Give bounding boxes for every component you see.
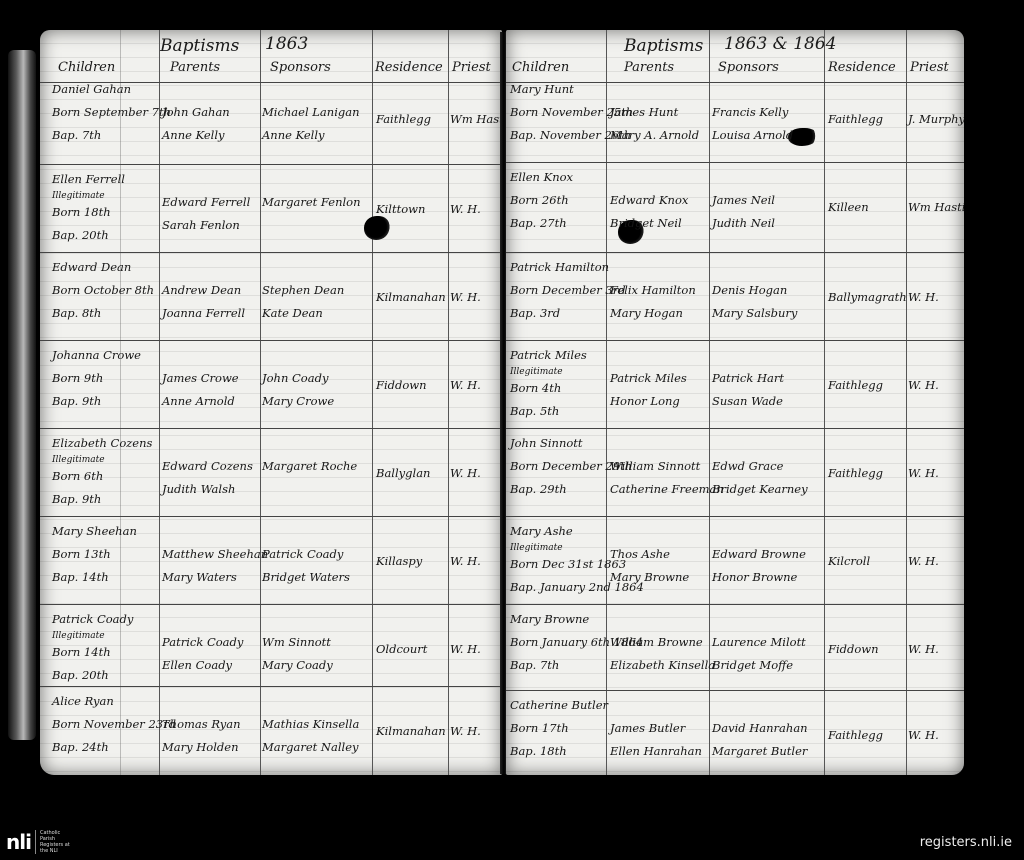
entry-parents: Andrew DeanJoanna Ferrell — [162, 256, 245, 325]
col-header-residence: Residence — [375, 60, 443, 75]
entry-sponsors: Edward BrowneHonor Browne — [712, 520, 806, 589]
nli-logo: nli Catholic Parish Registers at the NLI — [6, 830, 74, 854]
entry-child: Ellen KnoxBorn 26thBap. 27th — [510, 166, 573, 235]
entry-child: Catherine ButlerBorn 17thBap. 18th — [510, 694, 608, 763]
entry-residence: Faithlegg — [828, 694, 883, 747]
entry-parents: Patrick MilesHonor Long — [610, 344, 687, 413]
col-header-priest: Priest — [452, 60, 491, 75]
entry-sponsors: Edwd GraceBridget Kearney — [712, 432, 808, 501]
col-header-residence: Residence — [828, 60, 896, 75]
entry-residence: Faithlegg — [828, 432, 883, 485]
entry-sponsors: John CoadyMary Crowe — [262, 344, 334, 413]
entry-residence: Fiddown — [376, 344, 427, 397]
page-title-word: Baptisms — [624, 36, 703, 56]
col-header-children: Children — [512, 60, 569, 75]
entry-residence: Ballymagrath — [828, 256, 907, 309]
entry-parents: Edward FerrellSarah Fenlon — [162, 168, 250, 237]
entry-priest: J. Murphy — [908, 78, 964, 131]
entry-parents: Patrick CoadyEllen Coady — [162, 608, 243, 677]
entry-residence: Faithlegg — [376, 78, 431, 131]
entry-priest: W. H. — [908, 520, 939, 573]
entry-residence: Kilmanahan — [376, 256, 446, 309]
col-header-parents: Parents — [624, 60, 674, 75]
entry-sponsors: Francis KellyLouisa Arnold — [712, 78, 793, 147]
entry-child: Patrick HamiltonBorn December 3rdBap. 3r… — [510, 256, 626, 325]
entry-sponsors: Patrick CoadyBridget Waters — [262, 520, 350, 589]
entry-priest: W. H. — [908, 694, 939, 747]
entry-sponsors: Michael LaniganAnne Kelly — [262, 78, 360, 147]
entry-residence: Faithlegg — [828, 344, 883, 397]
entry-residence: Killeen — [828, 166, 869, 219]
entry-sponsors: Laurence MilottBridget Moffe — [712, 608, 806, 677]
left-register-page: Baptisms 1863 Children Parents Sponsors … — [40, 30, 502, 775]
entry-priest: W. H. — [908, 432, 939, 485]
entry-parents: James ButlerEllen Hanrahan — [610, 694, 702, 763]
entry-priest: W. H. — [450, 432, 481, 485]
col-header-sponsors: Sponsors — [718, 60, 779, 75]
col-header-children: Children — [58, 60, 115, 75]
entry-residence: Kilttown — [376, 168, 425, 221]
page-title-word: Baptisms — [160, 36, 239, 56]
entry-sponsors: Margaret Roche — [262, 432, 357, 501]
entry-child: Johanna CroweBorn 9thBap. 9th — [52, 344, 141, 413]
entry-residence: Kilmanahan — [376, 690, 446, 743]
entry-residence: Killaspy — [376, 520, 422, 573]
entry-priest: W. H. — [450, 256, 481, 309]
entry-sponsors: Stephen DeanKate Dean — [262, 256, 344, 325]
book-spine-edge — [8, 50, 36, 740]
entry-parents: Felix HamiltonMary Hogan — [610, 256, 696, 325]
entry-child: Edward DeanBorn October 8thBap. 8th — [52, 256, 154, 325]
entry-residence: Ballyglan — [376, 432, 430, 485]
entry-priest: Wm Hastin — [908, 166, 964, 219]
entry-child: Patrick CoadyIllegitimateBorn 14thBap. 2… — [52, 608, 133, 687]
entry-parents: Thomas RyanMary Holden — [162, 690, 241, 759]
entry-sponsors: David HanrahanMargaret Butler — [712, 694, 808, 763]
entry-priest: W. H. — [450, 168, 481, 221]
entry-sponsors: Patrick HartSusan Wade — [712, 344, 784, 413]
entry-child: Ellen FerrellIllegitimateBorn 18thBap. 2… — [52, 168, 125, 247]
entry-sponsors: Margaret Fenlon — [262, 168, 361, 237]
entry-priest: W. H. — [450, 344, 481, 397]
entry-child: Patrick MilesIllegitimateBorn 4thBap. 5t… — [510, 344, 587, 423]
source-url[interactable]: registers.nli.ie — [920, 835, 1012, 850]
entry-child: Alice RyanBorn November 23rdBap. 24th — [52, 690, 176, 759]
entry-residence: Oldcourt — [376, 608, 427, 661]
right-register-page: Baptisms 1863 & 1864 Children Parents Sp… — [506, 30, 964, 775]
nli-logo-mark: nli — [6, 830, 36, 854]
entry-sponsors: Denis HoganMary Salsbury — [712, 256, 797, 325]
entry-sponsors: Wm SinnottMary Coady — [262, 608, 333, 677]
entry-priest: W. H. — [908, 256, 939, 309]
entry-priest: W. H. — [450, 690, 481, 743]
entry-residence: Kilcroll — [828, 520, 870, 573]
entry-child: Daniel GahanBorn September 7thBap. 7th — [52, 78, 171, 147]
page-title-year: 1863 & 1864 — [724, 34, 836, 54]
entry-child: Mary SheehanBorn 13thBap. 14th — [52, 520, 137, 589]
col-header-parents: Parents — [170, 60, 220, 75]
entry-priest: W. H. — [908, 344, 939, 397]
entry-sponsors: Mathias KinsellaMargaret Nalley — [262, 690, 359, 759]
entry-priest: W. H. — [450, 608, 481, 661]
entry-priest: W. H. — [908, 608, 939, 661]
entry-parents: William BrowneElizabeth Kinsella — [610, 608, 715, 677]
entry-parents: Edward CozensJudith Walsh — [162, 432, 253, 501]
entry-priest: Wm Hastin — [450, 78, 502, 131]
entry-parents: William SinnottCatherine Freeman — [610, 432, 724, 501]
entry-parents: Edward KnoxBridget Neil — [610, 166, 688, 235]
col-header-priest: Priest — [910, 60, 949, 75]
entry-priest: W. H. — [450, 520, 481, 573]
entry-parents: James HuntMary A. Arnold — [610, 78, 699, 147]
entry-child: Elizabeth CozensIllegitimateBorn 6thBap.… — [52, 432, 152, 511]
entry-parents: Matthew SheehanMary Waters — [162, 520, 268, 589]
entry-sponsors: James NeilJudith Neil — [712, 166, 775, 235]
entry-parents: Thos AsheMary Browne — [610, 520, 689, 589]
nli-logo-text: Catholic Parish Registers at the NLI — [40, 830, 74, 854]
entry-parents: John GahanAnne Kelly — [162, 78, 230, 147]
entry-residence: Faithlegg — [828, 78, 883, 131]
col-header-sponsors: Sponsors — [270, 60, 331, 75]
entry-residence: Fiddown — [828, 608, 879, 661]
entry-parents: James CroweAnne Arnold — [162, 344, 239, 413]
page-title-year: 1863 — [265, 34, 308, 54]
